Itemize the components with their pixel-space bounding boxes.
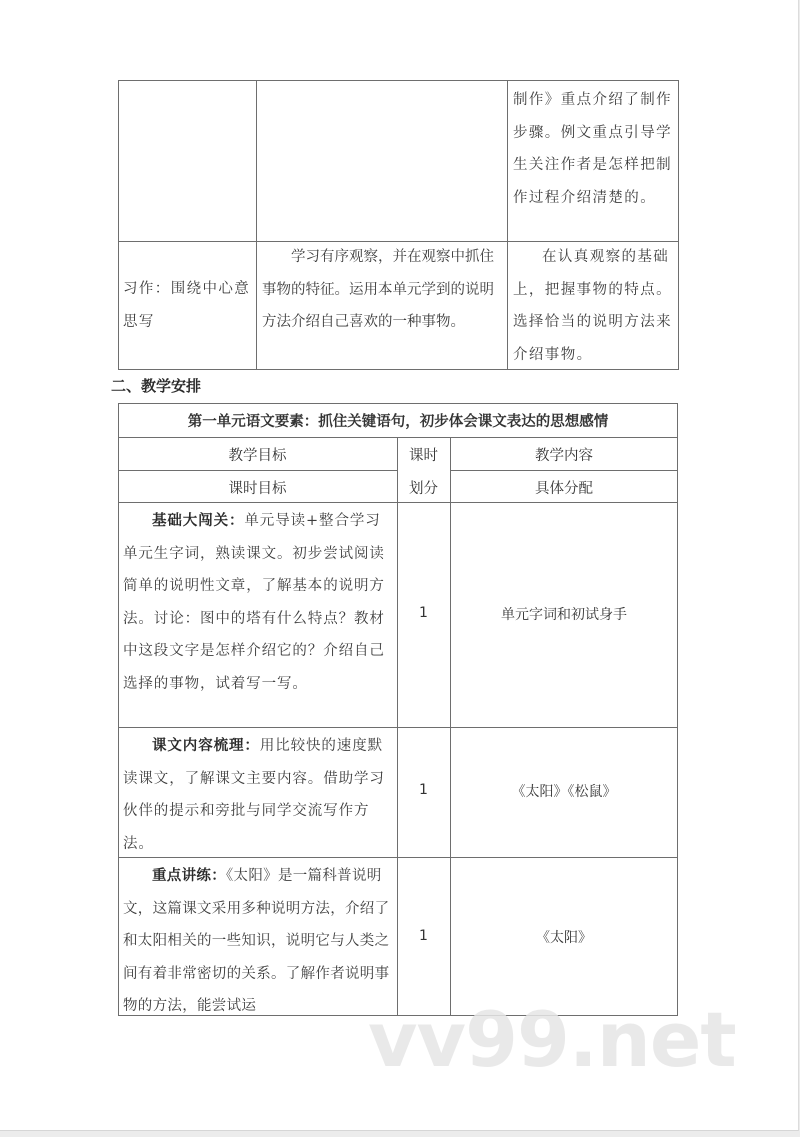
section-heading-teaching-arrangement: 二、教学安排 — [111, 375, 201, 396]
table2-row3-goal: 重点讲练：《太阳》是一篇科普说明文，这篇课文采用多种说明方法，介绍了和太阳相关的… — [123, 860, 393, 1015]
table1-row2-col3: 在认真观察的基础上，把握事物的特点。选择恰当的说明方法来介绍事物。 — [513, 241, 675, 371]
row2-goal-label: 课文内容梳理： — [152, 737, 260, 754]
header-teaching-goals: 教学目标 — [118, 444, 397, 465]
table2-row3-hours: 1 — [397, 928, 450, 944]
table1-row1-col3: 制作》重点介绍了制作步骤。例文重点引导学生关注作者是怎样把制作过程介绍清楚的。 — [513, 84, 675, 214]
header-teaching-content: 教学内容 — [450, 444, 678, 465]
row1-goal-text: 单元导读+整合学习单元生字词，熟读课文。初步尝试阅读简单的说明性文章，了解基本的… — [123, 513, 385, 692]
document-page: 制作》重点介绍了制作步骤。例文重点引导学生关注作者是怎样把制作过程介绍清楚的。 … — [0, 0, 799, 1131]
table2-header-divider-col3 — [450, 470, 678, 471]
row3-goal-text: 《太阳》是一篇科普说明文，这篇课文采用多种说明方法，介绍了和太阳相关的一些知识，… — [123, 868, 389, 1014]
row1-goal-label: 基础大闯关： — [152, 512, 244, 529]
table2-row2-content: 《太阳》《松鼠》 — [450, 781, 678, 801]
table2-title-divider — [118, 437, 678, 438]
table1-divider-2 — [507, 80, 508, 370]
table1-row2-col2: 学习有序观察，并在观察中抓住事物的特征。运用本单元学到的说明方法介绍自己喜欢的一… — [262, 241, 506, 339]
table2-header-bottom — [118, 502, 678, 503]
table2-row1-bottom — [118, 727, 678, 728]
table2-row1-goal: 基础大闯关：单元导读+整合学习单元生字词，熟读课文。初步尝试阅读简单的说明性文章… — [123, 505, 393, 700]
row2-goal-text: 用比较快的速度默读课文，了解课文主要内容。借助学习伙伴的提示和旁批与同学交流写作… — [123, 738, 385, 852]
table2-row1-hours: 1 — [397, 605, 450, 621]
header-hours-top: 课时 — [397, 444, 450, 465]
table2-row3-content: 《太阳》 — [450, 927, 678, 947]
header-hours-bottom: 划分 — [397, 477, 450, 498]
header-lesson-goals: 课时目标 — [118, 477, 397, 498]
row3-goal-label: 重点讲练： — [152, 867, 226, 884]
table1-divider-1 — [256, 80, 257, 370]
table2-row1-content: 单元字词和初试身手 — [450, 604, 678, 624]
table2-row2-hours: 1 — [397, 782, 450, 798]
table2-header-divider-col1 — [118, 470, 398, 471]
table1-row2-col1: 习作：围绕中心意思写 — [123, 273, 253, 338]
table2-row2-goal: 课文内容梳理：用比较快的速度默读课文，了解课文主要内容。借助学习伙伴的提示和旁批… — [123, 730, 393, 860]
table2-title: 第一单元语文要素：抓住关键语句，初步体会课文表达的思想感情 — [118, 410, 678, 431]
header-specific-allocation: 具体分配 — [450, 477, 678, 498]
